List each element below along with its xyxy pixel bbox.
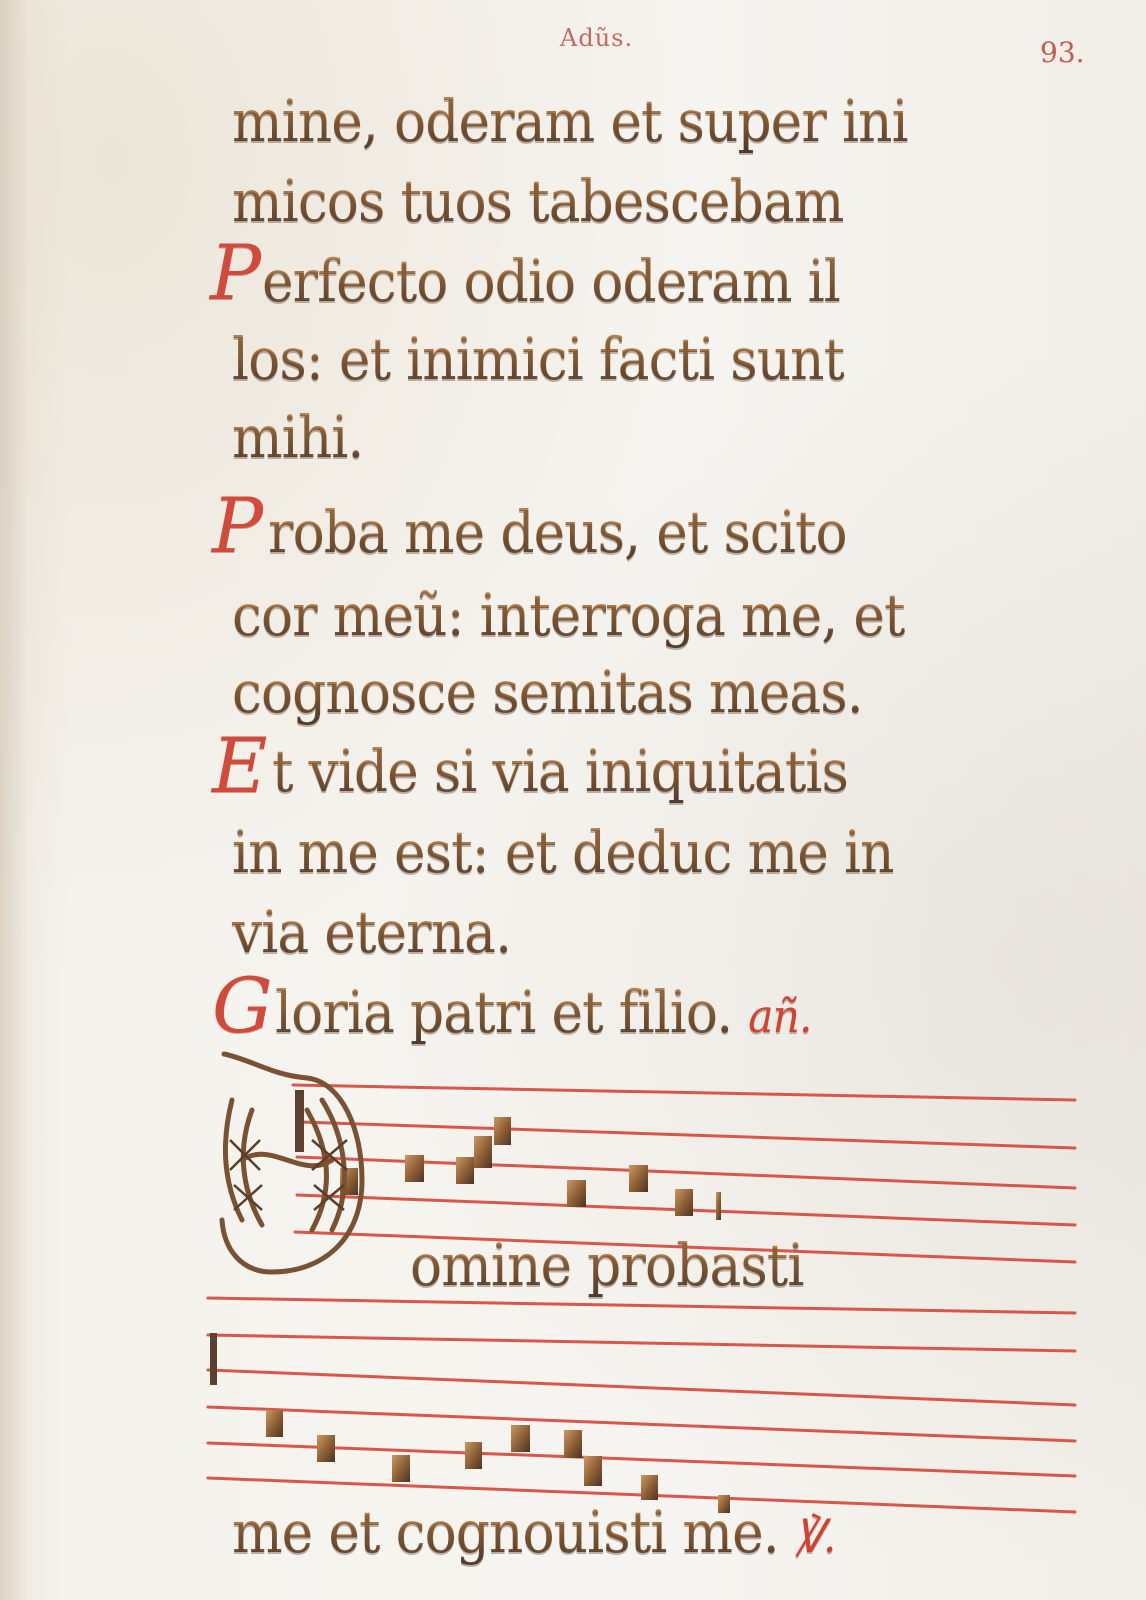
line-text: loria patri et filio. <box>275 978 732 1046</box>
text-line-12: loria patri et filio. añ. <box>275 983 811 1041</box>
page-edge-shading <box>0 0 28 1600</box>
rubric-initial-E: E <box>212 728 267 804</box>
text-line-11: via eterna. <box>232 903 511 961</box>
text-line-10: in me est: et deduc me in <box>232 823 894 881</box>
line-text: mine, oderam et super ini <box>232 87 908 155</box>
decorated-initial-D <box>212 1040 377 1280</box>
rubric-initial-P: P <box>212 488 263 564</box>
lyric-line-1: omine probasti <box>410 1236 803 1294</box>
lyric-text: me et cognouisti me. <box>232 1498 779 1566</box>
line-text: via eterna. <box>232 898 511 966</box>
text-line-8: cognosce semitas meas. <box>232 663 863 721</box>
line-text: los: et inimici facti sunt <box>232 325 844 393</box>
line-text: cor meũ: interroga me, et <box>232 581 905 649</box>
text-line-9: t vide si via iniquitatis <box>272 742 848 800</box>
line-text: micos tuos tabescebam <box>232 167 843 235</box>
antiphon-rubric: añ. <box>748 989 811 1043</box>
lyric-text: omine probasti <box>410 1231 803 1299</box>
line-text: mihi. <box>232 403 363 471</box>
line-text: in me est: et deduc me in <box>232 818 894 886</box>
line-text: roba me deus, et scito <box>268 498 847 566</box>
rubric-initial-G: G <box>212 968 273 1044</box>
versicle-rubric: ℣. <box>795 1509 836 1563</box>
line-text: erfecto odio oderam il <box>262 247 840 315</box>
text-line-4: los: et inimici facti sunt <box>232 330 844 388</box>
text-line-5: mihi. <box>232 408 363 466</box>
text-line-1: mine, oderam et super ini <box>232 92 908 150</box>
running-head: Adũs. <box>560 24 633 52</box>
folio-number: 93. <box>1040 36 1085 69</box>
lyric-line-2: me et cognouisti me. ℣. <box>232 1503 835 1561</box>
rubric-initial-P: P <box>210 235 261 311</box>
text-line-3: erfecto odio oderam il <box>262 252 840 310</box>
text-line-6: roba me deus, et scito <box>268 503 847 561</box>
text-line-7: cor meũ: interroga me, et <box>232 586 905 644</box>
line-text: cognosce semitas meas. <box>232 658 863 726</box>
text-line-2: micos tuos tabescebam <box>232 172 843 230</box>
line-text: t vide si via iniquitatis <box>272 737 848 805</box>
